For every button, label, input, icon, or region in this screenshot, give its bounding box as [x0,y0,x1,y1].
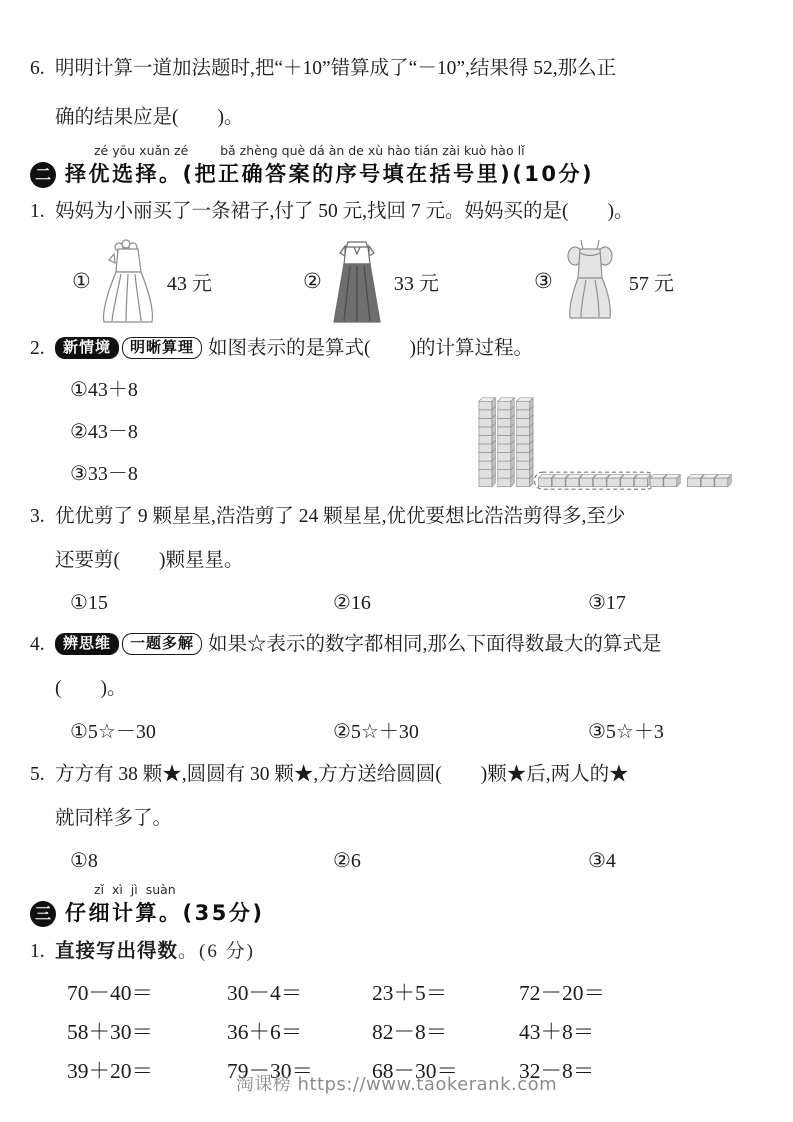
question-1-line: 1.妈妈为小丽买了一条裙子,付了 50 元,找回 7 元。妈妈买的是( )。 [30,190,765,234]
question-2-badge-reasoning: 明晰算理 [122,337,202,359]
question-4-line-1: 4.辨思维一题多解如果☆表示的数字都相同,那么下面得数最大的算式是 [30,623,765,667]
section-3-pinyin: zǐ xì jì suàn [94,881,765,898]
question-6: 6.明明计算一道加法题时,把“＋10”错算成了“－10”,结果得 52,那么正 … [30,44,765,142]
question-5-text-cont: 就同样多了。 [30,808,172,829]
question-4-option-3: ③5☆＋3 [588,711,664,753]
question-3-line-2: 还要剪( )颗星星。 [30,539,765,583]
question-6-text-cont: 确的结果应是( )。 [30,107,244,128]
calc-subheading: 1.直接写出得数。(6 分) [30,929,765,974]
calc-cell: 23＋5＝ [372,974,519,1013]
section-2-marker-icon: 二 [30,162,56,188]
calc-row-1: 70－40＝ 30－4＝ 23＋5＝ 72－20＝ [67,974,765,1013]
question-3-option-3: ③17 [588,583,626,623]
question-2-badge-new-context: 新情境 [55,337,119,359]
question-5-option-2: ②6 [333,841,588,881]
section-2-title-line: 二 择优选择。(把正确答案的序号填在括号里)(10分) [30,159,765,190]
dress-gown-icon [97,238,159,326]
dress-long-gown-icon [328,238,386,326]
choice-dress-1: ① [72,238,303,326]
question-6-line-2: 确的结果应是( )。 [30,93,765,142]
calc-cell: 72－20＝ [519,974,605,1013]
calc-cell: 70－40＝ [67,974,227,1013]
choice-1-price: 43 元 [167,267,212,296]
calc-cell: 36＋6＝ [227,1013,372,1052]
question-3-text: 优优剪了 9 颗星星,浩浩剪了 24 颗星星,优优要想比浩浩剪得多,至少 [55,506,625,527]
dress-short-icon [559,238,621,326]
question-3-option-1: ①15 [70,583,333,623]
question-2-option-3: ③33－8 [70,453,350,495]
choice-1-label: ① [72,269,91,294]
question-4-option-2: ②5☆＋30 [333,711,588,753]
worksheet-content: 6.明明计算一道加法题时,把“＋10”错算成了“－10”,结果得 52,那么正 … [0,0,793,1091]
question-5-number: 5. [30,753,55,797]
calc-cell: 58＋30＝ [67,1013,227,1052]
question-4: 4.辨思维一题多解如果☆表示的数字都相同,那么下面得数最大的算式是 ( )。 ①… [30,623,765,753]
base-ten-blocks-figure [473,389,749,495]
question-2-option-2: ②43－8 [70,411,350,453]
question-2-option-1: ①43＋8 [70,369,350,411]
question-3-option-2: ②16 [333,583,588,623]
calc-subheading-number: 1. [30,930,55,974]
question-2-options: ①43＋8 ②43－8 ③33－8 [70,369,350,495]
question-1-choices: ① [30,234,765,329]
question-5: 5.方方有 38 颗★,圆圆有 30 颗★,方方送给圆圆( )颗★后,两人的★ … [30,753,765,881]
question-5-options: ①8 ②6 ③4 [30,841,765,881]
question-4-badge-multi-solution: 一题多解 [122,633,202,655]
question-4-text: 如果☆表示的数字都相同,那么下面得数最大的算式是 [208,634,661,655]
question-3-number: 3. [30,495,55,539]
choice-2-price: 33 元 [394,267,439,296]
question-2-body: ①43＋8 ②43－8 ③33－8 [30,369,765,495]
section-2-header: zé yōu xuǎn zé bǎ zhèng què dá àn de xù … [30,142,765,190]
question-3-text-cont: 还要剪( )颗星星。 [30,550,244,571]
section-2-title: 择优选择。(把正确答案的序号填在括号里)(10分) [65,159,594,190]
question-5-option-1: ①8 [70,841,333,881]
question-3: 3.优优剪了 9 颗星星,浩浩剪了 24 颗星星,优优要想比浩浩剪得多,至少 还… [30,495,765,623]
question-1-number: 1. [30,190,55,234]
question-5-line-1: 5.方方有 38 颗★,圆圆有 30 颗★,方方送给圆圆( )颗★后,两人的★ [30,753,765,797]
choice-3-label: ③ [534,269,553,294]
calc-subheading-title: 直接写出得数 [55,939,178,962]
question-6-text: 明明计算一道加法题时,把“＋10”错算成了“－10”,结果得 52,那么正 [55,58,616,79]
question-2-text: 如图表示的是算式( )的计算过程。 [208,338,533,359]
question-1: 1.妈妈为小丽买了一条裙子,付了 50 元,找回 7 元。妈妈买的是( )。 ① [30,190,765,329]
calc-row-2: 58＋30＝ 36＋6＝ 82－8＝ 43＋8＝ [67,1013,765,1052]
question-3-options: ①15 ②16 ③17 [30,583,765,623]
calc-cell: 43＋8＝ [519,1013,594,1052]
section-3-header: zǐ xì jì suàn 三 仔细计算。(35分) [30,881,765,929]
choice-3-price: 57 元 [629,267,674,296]
calc-cell: 82－8＝ [372,1013,519,1052]
question-2-stem: 2.新情境明晰算理如图表示的是算式( )的计算过程。 [30,329,765,369]
section-3-title: 仔细计算。(35分) [65,898,264,929]
section-3-title-line: 三 仔细计算。(35分) [30,898,765,929]
calc-cell: 30－4＝ [227,974,372,1013]
question-6-number: 6. [30,44,55,93]
question-5-option-3: ③4 [588,841,616,881]
question-4-badge-thinking: 辨思维 [55,633,119,655]
calc-subheading-points: 。(6 分) [178,941,255,962]
question-2: 2.新情境明晰算理如图表示的是算式( )的计算过程。 ①43＋8 ②43－8 ③… [30,329,765,495]
worksheet-page: 6.明明计算一道加法题时,把“＋10”错算成了“－10”,结果得 52,那么正 … [0,0,793,1122]
question-4-line-2: ( )。 [30,667,765,711]
choice-dress-2: ② [303,238,534,326]
choice-dress-3: ③ [534,238,765,326]
question-5-text: 方方有 38 颗★,圆圆有 30 颗★,方方送给圆圆( )颗★后,两人的★ [55,764,629,785]
choice-2-label: ② [303,269,322,294]
section-3-marker-icon: 三 [30,901,56,927]
watermark-footer: 淘课榜 https://www.taokerank.com [0,1070,793,1096]
question-3-line-1: 3.优优剪了 9 颗星星,浩浩剪了 24 颗星星,优优要想比浩浩剪得多,至少 [30,495,765,539]
question-1-text: 妈妈为小丽买了一条裙子,付了 50 元,找回 7 元。妈妈买的是( )。 [55,201,634,222]
question-4-number: 4. [30,623,55,667]
question-6-line-1: 6.明明计算一道加法题时,把“＋10”错算成了“－10”,结果得 52,那么正 [30,44,765,93]
question-5-line-2: 就同样多了。 [30,797,765,841]
question-2-number: 2. [30,329,55,369]
question-4-options: ①5☆－30 ②5☆＋30 ③5☆＋3 [30,711,765,753]
section-2-pinyin: zé yōu xuǎn zé bǎ zhèng què dá àn de xù … [94,142,765,159]
question-4-option-1: ①5☆－30 [70,711,333,753]
question-4-text-cont: ( )。 [30,678,127,699]
